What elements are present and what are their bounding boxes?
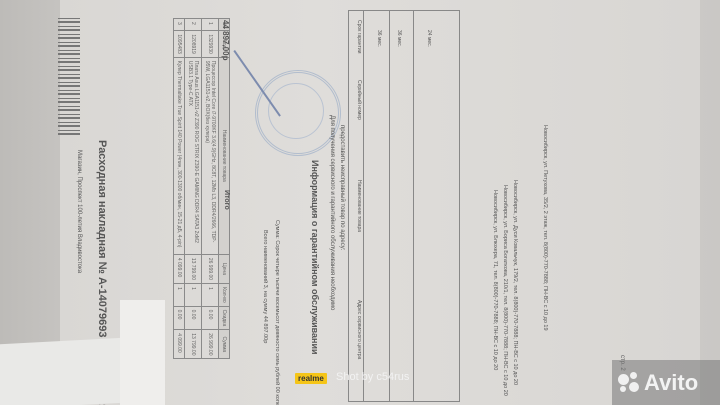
avito-label: Avito [644, 370, 698, 396]
cell: 13 799.00 [185, 330, 202, 359]
address-line: Новосибирск, ул. Петухова, 35/2, 2 этаж,… [542, 125, 548, 331]
table-header-row: № Код Наименование товара Цена Кол-во Ск… [219, 19, 230, 359]
avito-logo-icon [618, 372, 640, 394]
sum-in-words: Сумма: Сорок четыре тысячи восемьсот дев… [274, 220, 280, 405]
cell: 0.00 [185, 306, 202, 330]
col-header: Цена [219, 254, 230, 283]
address-line: Новосибирск, ул. Блюхера, 71, тел. 8(800… [492, 190, 498, 370]
realme-watermark: realme [295, 373, 327, 384]
receipt-slip [120, 300, 165, 405]
service-col-serial: Серийный номер [356, 80, 362, 120]
cell: 26 999.00 [202, 254, 219, 283]
service-table [348, 10, 460, 402]
cell: Процессор Intel Core i7-9700KF 3.6(4.9)G… [202, 57, 219, 254]
cell: Кулер Thermaltake True Spirit 140 Power … [174, 57, 185, 254]
cell: 1329930 [202, 31, 219, 57]
shot-by-watermark: Shot by c54rus [336, 371, 409, 383]
cell: 13 799.00 [185, 254, 202, 283]
address-line: Новосибирск, ул. Бориса Богаткова, 210/1… [502, 185, 508, 396]
col-header: Кол-во [219, 284, 230, 307]
table-row: 2 1208919 Плата Asus LGA1151-v2 Z390 ROG… [185, 19, 202, 359]
cell: 1 [185, 284, 202, 307]
service-col-term: Срок гарантии [356, 20, 362, 53]
cell: 1095483 [174, 31, 185, 57]
table-row: 1 1329930 Процессор Intel Core i7-9700KF… [202, 19, 219, 359]
cell: 26 999.00 [202, 330, 219, 359]
col-divider [413, 11, 414, 401]
sum-line: Всего наименований 3, на сумму 44 897.00… [262, 230, 268, 343]
total-label: Итого [223, 190, 230, 210]
warranty-title: Информация о гарантийном обслуживании [310, 160, 320, 355]
warranty-term: 36 мес. [396, 30, 402, 47]
barcode [58, 15, 80, 135]
service-col-name: Наименование товара [356, 180, 362, 232]
address-line: Новосибирск, ул. Дуси Ковальчук, 179/2, … [512, 180, 518, 385]
invoice-table: № Код Наименование товара Цена Кол-во Ск… [173, 18, 230, 359]
cell: 1 [202, 284, 219, 307]
cell: Плата Asus LGA1151-v2 Z390 ROG STRIX Z39… [185, 57, 202, 254]
cell: 4 099.00 [174, 330, 185, 359]
store-subtitle: Магазин, Проспект 100-летия Владивостока [76, 150, 82, 273]
cell: 0.00 [174, 306, 185, 330]
col-header: Скидка [219, 306, 230, 330]
invoice-total: 44 897.00р [221, 20, 230, 60]
table-row: 3 1095483 Кулер Thermaltake True Spirit … [174, 19, 185, 359]
cell: 0.00 [202, 306, 219, 330]
cell: 2 [185, 19, 202, 31]
cell: 1 [202, 19, 219, 31]
cell: 3 [174, 19, 185, 31]
warranty-subtitle: Для получения сервисного и гарантийного … [329, 115, 335, 310]
col-divider [389, 11, 390, 401]
cell: 1208919 [185, 31, 202, 57]
service-col-address: Адрес сервисного центра [356, 300, 362, 359]
cell: 4 099.00 [174, 254, 185, 283]
warranty-term: 24 мес. [426, 30, 432, 47]
avito-watermark: Avito [612, 360, 720, 405]
warranty-term: 36 мес. [376, 30, 382, 47]
col-header: Сумма [219, 330, 230, 359]
col-divider [363, 11, 364, 401]
col-header: Наименование товара [219, 57, 230, 254]
cell: 1 [174, 284, 185, 307]
warranty-subtitle-2: предоставить неисправный товар по адресу… [339, 125, 345, 250]
